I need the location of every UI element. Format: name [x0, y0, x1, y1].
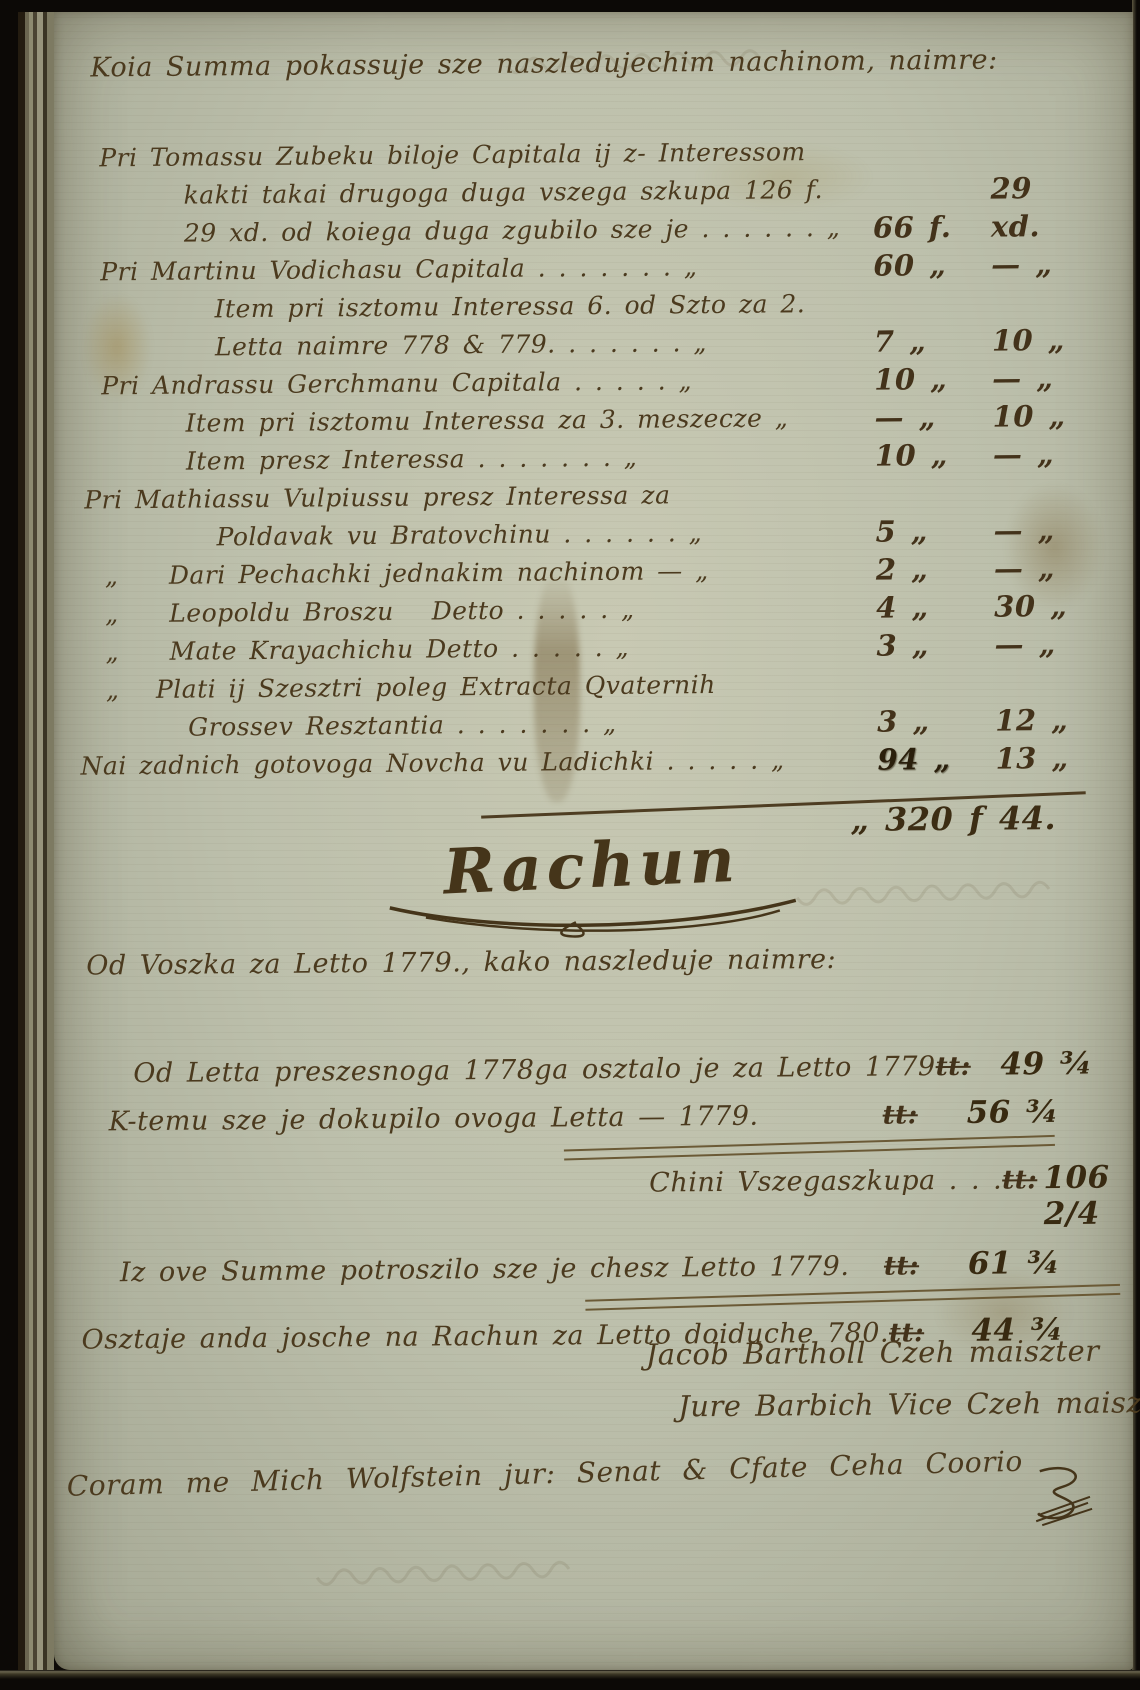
- amount-kreuzer: — „: [991, 245, 1087, 284]
- amount-florins: 7 „: [874, 322, 992, 361]
- amount-pounds: 56 ¾: [966, 1094, 1116, 1131]
- entry-line: K-temu sze je dokupilo ovoga Letta — 177…: [63, 1093, 882, 1146]
- table-row: Pri Mathiassu Vulpiussu presz Interessa …: [58, 472, 1120, 557]
- entry-text: Plati ij Szesztri poleg Extracta Qvatern…: [156, 670, 716, 704]
- signature: Jure Barbich Vice Czeh maiszter: [66, 1380, 1127, 1433]
- pound-symbol: tt:: [883, 1100, 967, 1131]
- book-spine-edge: [0, 0, 54, 1690]
- table-row: Chini Vszegaszkupa . . . tt: 106 2/4: [64, 1156, 1126, 1240]
- amount-kreuzer: 10 „: [992, 397, 1088, 436]
- table-row: Nai zadnich gotovoga Novcha vu Ladichki …: [60, 738, 1121, 785]
- amount-florins: 4 „: [876, 588, 994, 627]
- table-row: Od Letta preszesnoga 1778ga osztalo je z…: [63, 1042, 1124, 1097]
- amount-florins: 66 f.: [873, 208, 991, 247]
- entry-line: Iz ove Summe potroszilo sze je chesz Let…: [65, 1244, 884, 1297]
- amount-florins: — „: [874, 398, 992, 437]
- amount-kreuzer: — „: [992, 359, 1088, 398]
- wax-account-section: Od Voszka za Letto 1779., kako naszleduj…: [62, 936, 1127, 1363]
- attestation-line: Coram me Mich Wolfstein jur: Senat & Cfa…: [66, 1436, 1128, 1510]
- entry-text: Mate Krayachichu Detto . . . . . „: [169, 633, 629, 666]
- entry-line: Chini Vszegaszkupa . . .: [64, 1158, 1002, 1212]
- ditto-mark: „: [105, 633, 169, 672]
- amount-pounds: 61 ¾: [968, 1245, 1118, 1282]
- entry-line: Item pri isztomu Interessa 6. od Szto za…: [56, 285, 873, 330]
- amount-kreuzer: 10 „: [992, 321, 1088, 360]
- entry-text: Dari Pechachki jednakim nachinom — „: [169, 556, 709, 590]
- notary-paraph-icon: [1028, 1463, 1099, 1528]
- ledger-entries: Pri Tomassu Zubeku biloje Capitala ij z-…: [55, 131, 1122, 786]
- entry-line: Od Letta preszesnoga 1778ga osztalo je z…: [63, 1044, 936, 1098]
- entry-line: Nai zadnich gotovoga Novcha vu Ladichki …: [60, 741, 877, 786]
- ditto-mark: „: [105, 595, 169, 634]
- section-heading: Koia Summa pokassuje sze naszledujechim …: [54, 37, 1115, 92]
- table-row: Pri Tomassu Zubeku biloje Capitala ij z-…: [55, 131, 1117, 254]
- attestation-block: Coram me Mich Wolfstein jur: Senat & Cfa…: [67, 1454, 1128, 1509]
- pound-symbol: tt:: [1002, 1165, 1044, 1195]
- manuscript-page: Koia Summa pokassuje sze naszledujechim …: [54, 12, 1133, 1670]
- pound-symbol: tt:: [884, 1251, 968, 1282]
- amount-florins: 10 „: [874, 360, 992, 399]
- amount-kreuzer: 29 xd.: [990, 169, 1087, 246]
- rachun-title-block: Rachun: [61, 824, 1123, 942]
- handwritten-content: Koia Summa pokassuje sze naszledujechim …: [54, 6, 1140, 1673]
- sums-section: Koia Summa pokassuje sze naszledujechim …: [54, 37, 1122, 848]
- pound-symbol: tt:: [936, 1052, 1001, 1083]
- amount-kreuzer: 13 „: [995, 739, 1091, 778]
- amount-kreuzer: — „: [994, 625, 1090, 664]
- amount-florins: 10 „: [875, 436, 993, 475]
- amount-kreuzer: — „: [994, 549, 1090, 588]
- ditto-mark: „: [105, 557, 169, 596]
- amount-florins: 3 „: [876, 626, 994, 665]
- ditto-mark: „: [106, 671, 156, 709]
- page-title: Rachun: [442, 823, 741, 909]
- signature: Jacob Bartholl Czeh maiszter: [66, 1328, 1127, 1381]
- amount-florins: 94 „: [877, 740, 995, 779]
- amount-kreuzer: — „: [993, 435, 1089, 474]
- section-subheading: Od Voszka za Letto 1779., kako naszleduj…: [62, 936, 1123, 987]
- manuscript-scan: Koia Summa pokassuje sze naszledujechim …: [0, 0, 1140, 1690]
- amount-kreuzer: 12 „: [995, 701, 1091, 740]
- table-row: Item pri isztomu Interessa 6. od Szto za…: [56, 282, 1118, 367]
- amount-florins: 3 „: [877, 702, 995, 741]
- amount-florins: 2 „: [876, 550, 994, 589]
- entry-text: Leopoldu Broszu Detto . . . . . „: [169, 595, 635, 628]
- amount-kreuzer: — „: [993, 511, 1089, 550]
- amount-pounds: 106 2/4: [1043, 1160, 1117, 1233]
- amount-florins: 5 „: [875, 512, 993, 551]
- amount-florins: 60 „: [873, 246, 991, 285]
- signatures-block: Jacob Bartholl Czeh maiszter Jure Barbic…: [66, 1328, 1128, 1433]
- amount-pounds: 49 ¾: [1000, 1046, 1116, 1083]
- scan-edge-bottom: [0, 1670, 1140, 1690]
- amount-kreuzer: 30 „: [994, 587, 1090, 626]
- table-row: „Plati ij Szesztri poleg Extracta Qvater…: [60, 662, 1122, 747]
